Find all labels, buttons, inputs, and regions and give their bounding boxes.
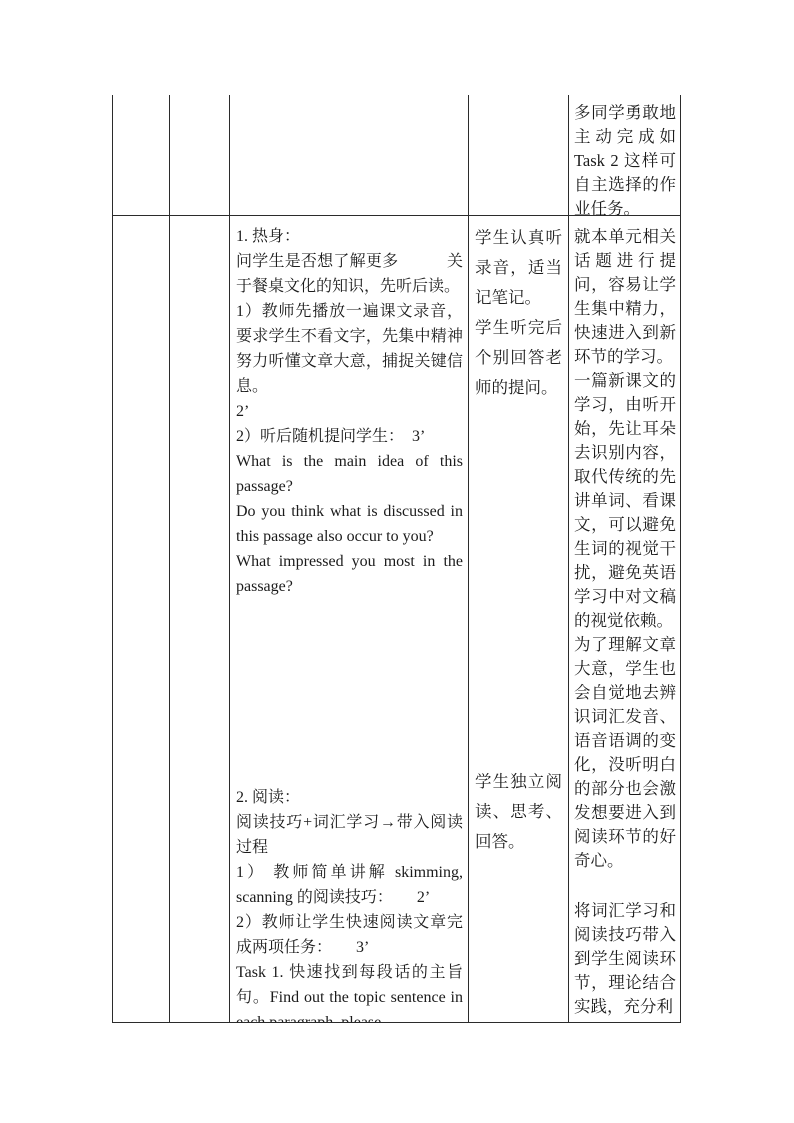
teaching-step: 2）教师让学生快速阅读文章完成两项任务： 3’	[236, 910, 463, 960]
design-intent-note: 就本单元相关话题进行提问，容易让学生集中精力，快速进入到新环节的学习。	[574, 225, 676, 369]
cell-time	[170, 215, 230, 1022]
lesson-plan-page: 多同学勇敢地主动完成如 Task 2 这样可自主选择的作业任务。 1. 热身： …	[0, 0, 794, 1123]
student-activity: 学生认真听录音，适当记笔记。	[475, 223, 562, 313]
teaching-step: 1）教师先播放一遍课文录音，要求学生不看文字，先集中精神努力听懂文章大意，捕捉关…	[236, 299, 463, 424]
teaching-question: What impressed you most in the passage?	[236, 549, 463, 599]
student-activity: 学生听完后个别回答老师的提问。	[475, 313, 562, 403]
teaching-step: 1） 教师简单讲解 skimming, scanning 的阅读技巧： 2’	[236, 860, 463, 910]
cell-teaching-process: 1. 热身： 问学生是否想了解更多 关于餐桌文化的知识，先听后读。 1）教师先播…	[230, 215, 469, 1022]
cell-student-activity-continued	[469, 95, 569, 215]
teaching-question: What is the main idea of this passage?	[236, 449, 463, 499]
teaching-step: 问学生是否想了解更多 关于餐桌文化的知识，先听后读。	[236, 249, 463, 299]
teaching-step-warmup-title: 1. 热身：	[236, 224, 463, 249]
design-intent-note: 多同学勇敢地主动完成如 Task 2 这样可自主选择的作业任务。	[574, 101, 676, 215]
teaching-step: 阅读技巧+词汇学习→带入阅读过程	[236, 810, 463, 860]
teaching-task: Task 1. 快速找到每段话的主旨句。Find out the topic s…	[236, 960, 463, 1022]
cell-stage	[113, 215, 170, 1022]
cell-design-intent-continued: 多同学勇敢地主动完成如 Task 2 这样可自主选择的作业任务。	[569, 95, 681, 215]
design-intent-note: 为了理解文章大意，学生也会自觉地去辨识词汇发音、语音语调的变化，没听明白的部分也…	[574, 633, 676, 873]
design-intent-note: 一篇新课文的学习，由听开始，先让耳朵去识别内容，取代传统的先讲单词、看课文，可以…	[574, 369, 676, 633]
teaching-step-reading-title: 2. 阅读：	[236, 785, 463, 810]
design-intent-note: 将词汇学习和阅读技巧带入到学生阅读环节，理论结合实践，充分利	[574, 899, 676, 1019]
cell-student-activity: 学生认真听录音，适当记笔记。 学生听完后个别回答老师的提问。 学生独立阅读、思考…	[469, 215, 569, 1022]
student-activity: 学生独立阅读、思考、回答。	[475, 767, 562, 857]
teaching-question: Do you think what is discussed in this p…	[236, 499, 463, 549]
cell-design-intent: 就本单元相关话题进行提问，容易让学生集中精力，快速进入到新环节的学习。 一篇新课…	[569, 215, 681, 1022]
lesson-plan-table: 多同学勇敢地主动完成如 Task 2 这样可自主选择的作业任务。 1. 热身： …	[112, 95, 681, 1023]
cell-time-continued	[170, 95, 230, 215]
cell-teaching-process-continued	[230, 95, 469, 215]
cell-stage-continued	[113, 95, 170, 215]
teaching-step: 2）听后随机提问学生： 3’	[236, 424, 463, 449]
